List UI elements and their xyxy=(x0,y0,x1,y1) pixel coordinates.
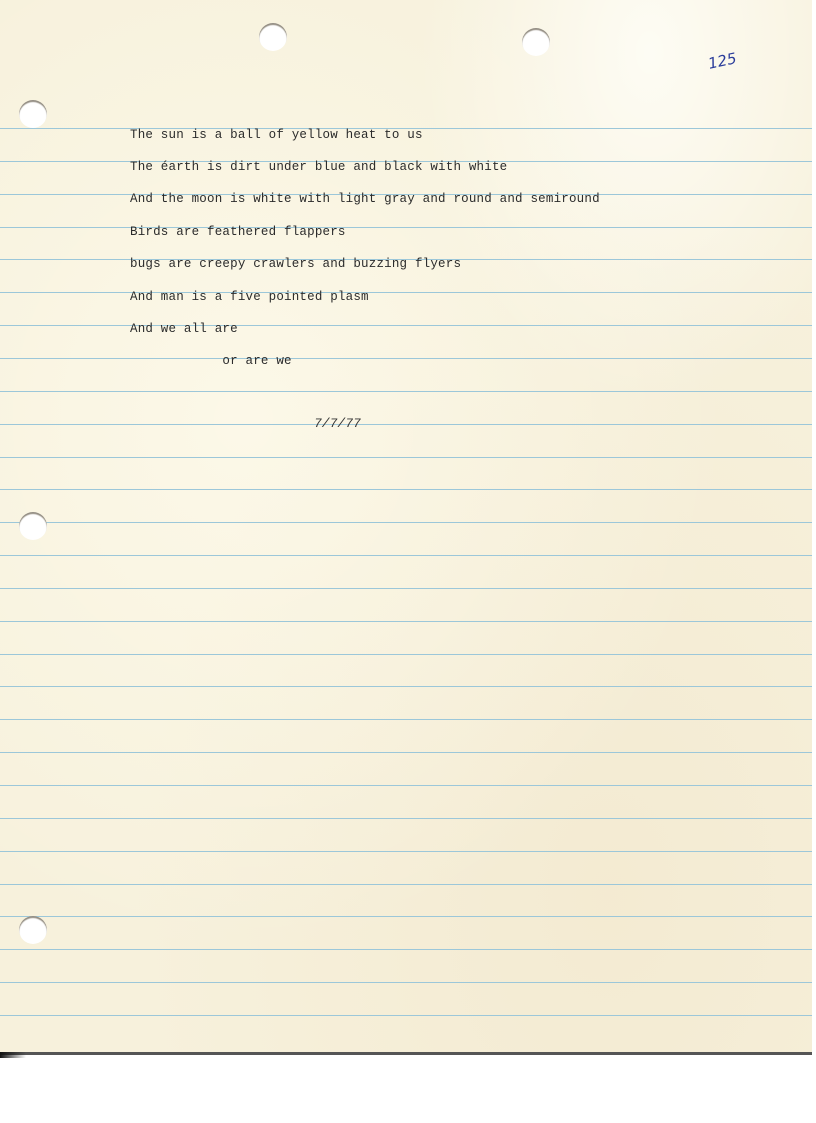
rule-line xyxy=(0,949,812,950)
rule-line xyxy=(0,358,812,359)
date-stamp: 7/7/77 xyxy=(314,416,361,431)
punch-hole xyxy=(19,916,47,944)
rule-line xyxy=(0,916,812,917)
rule-line xyxy=(0,785,812,786)
poem-line: bugs are creepy crawlers and buzzing fly… xyxy=(130,257,461,271)
punch-hole xyxy=(259,23,287,51)
scan-edge-shadow xyxy=(0,1052,26,1058)
rule-line xyxy=(0,719,812,720)
rule-line xyxy=(0,522,812,523)
rule-line xyxy=(0,982,812,983)
poem-line: And the moon is white with light gray an… xyxy=(130,192,600,206)
poem-line: The sun is a ball of yellow heat to us xyxy=(130,128,423,142)
rule-line xyxy=(0,686,812,687)
poem-line: And we all are xyxy=(130,322,238,336)
rule-line xyxy=(0,227,812,228)
poem-line: And man is a five pointed plasm xyxy=(130,290,369,304)
poem-line: The éarth is dirt under blue and black w… xyxy=(130,160,507,174)
lined-paper-sheet: 125 The sun is a ball of yellow heat to … xyxy=(0,0,812,1055)
rule-line xyxy=(0,752,812,753)
rule-line xyxy=(0,621,812,622)
rule-line xyxy=(0,1015,812,1016)
rule-line xyxy=(0,884,812,885)
rule-line xyxy=(0,325,812,326)
rule-line xyxy=(0,555,812,556)
rule-line xyxy=(0,489,812,490)
poem-line: Birds are feathered flappers xyxy=(130,225,346,239)
punch-hole xyxy=(522,28,550,56)
punch-hole xyxy=(19,100,47,128)
rule-line xyxy=(0,424,812,425)
rule-line xyxy=(0,851,812,852)
rule-line xyxy=(0,818,812,819)
punch-hole xyxy=(19,512,47,540)
poem-line: or are we xyxy=(130,354,292,368)
rule-line xyxy=(0,654,812,655)
rule-line xyxy=(0,588,812,589)
rule-line xyxy=(0,457,812,458)
rule-line xyxy=(0,391,812,392)
rule-line xyxy=(0,292,812,293)
handwritten-page-number: 125 xyxy=(706,49,738,73)
